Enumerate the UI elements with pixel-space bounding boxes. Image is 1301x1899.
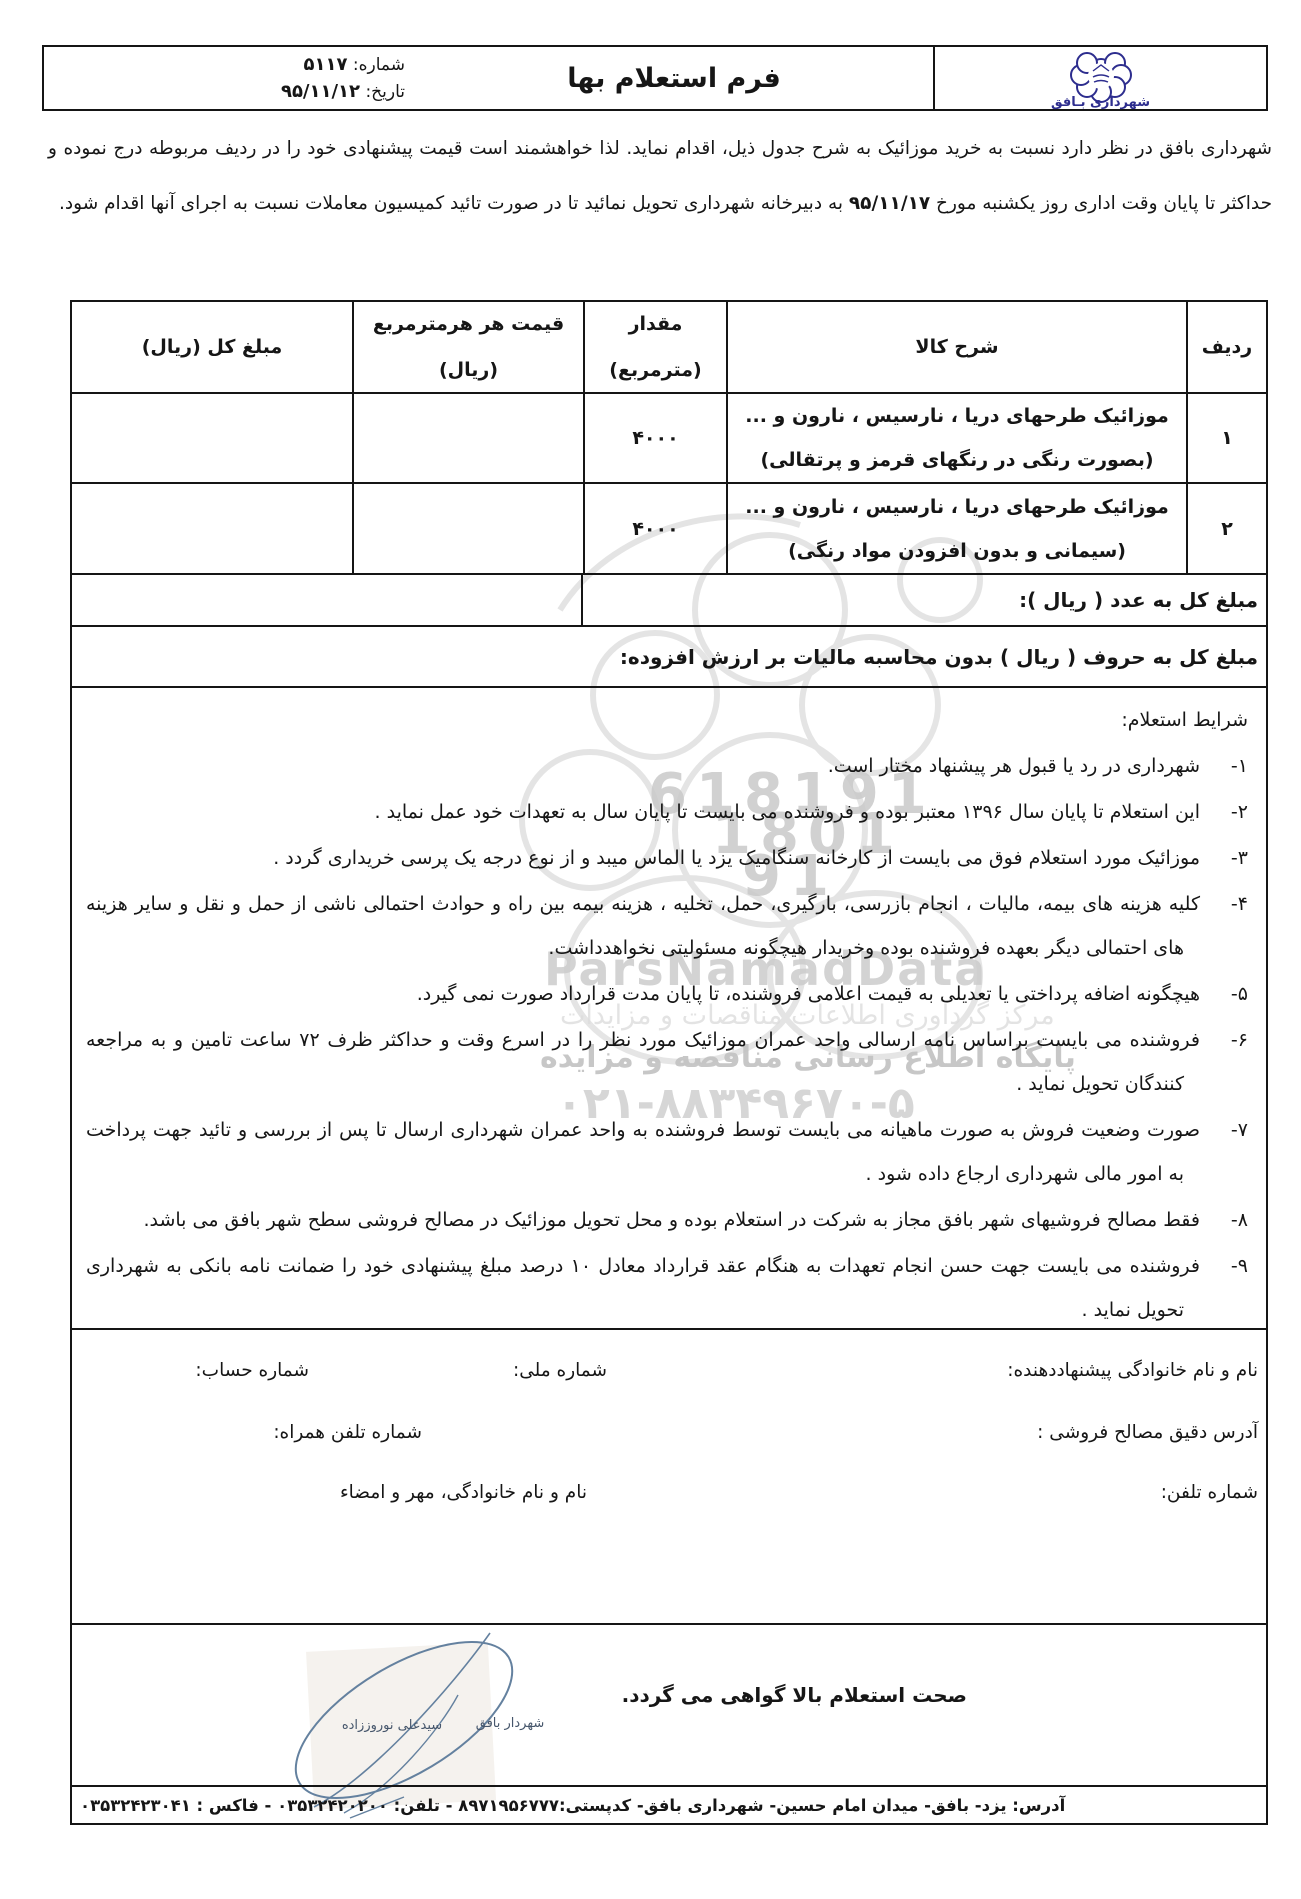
total-numeric-label: مبلغ کل به عدد ( ریال ): (1019, 588, 1258, 612)
form-date: تاریخ: ۹۵/۱۱/۱۲ (56, 81, 415, 102)
form-date-value: ۹۵/۱۱/۱۲ (281, 81, 360, 102)
term-number: ۶- (1214, 1018, 1248, 1062)
col-header-quantity-line2: (مترمربع) (609, 347, 701, 393)
row-number: ۲ (1186, 484, 1266, 573)
form-date-label: تاریخ: (365, 82, 405, 102)
item-description: موزائیک طرحهای دریا ، نارسیس ، نارون و .… (726, 484, 1186, 573)
header-table: شهرداری بـافق فرم استعلام بها شماره: ۵۱۱… (42, 45, 1268, 111)
col-header-description: شرح کالا (726, 302, 1186, 392)
field-phone-number: شماره تلفن: (1161, 1482, 1258, 1503)
footer-address-bar: آدرس: یزد- بافق- میدان امام حسین- شهردار… (70, 1785, 1268, 1825)
col-header-row-number: ردیف (1186, 302, 1266, 392)
terms-title: شرایط استعلام: (86, 698, 1248, 742)
term-number: ۹- (1214, 1244, 1248, 1288)
term-number: ۳- (1214, 836, 1248, 880)
term-text: این استعلام تا پایان سال ۱۳۹۶ معتبر بوده… (375, 801, 1200, 823)
term-item: ۴-کلیه هزینه های بیمه، مالیات ، انجام با… (86, 882, 1248, 970)
table-row: ۲ موزائیک طرحهای دریا ، نارسیس ، نارون و… (72, 484, 1266, 575)
term-item: ۶-فروشنده می بایست براساس نامه ارسالی وا… (86, 1018, 1248, 1106)
term-text: فروشنده می بایست براساس نامه ارسالی واحد… (86, 1029, 1200, 1095)
term-number: ۷- (1214, 1108, 1248, 1152)
term-item: ۹-فروشنده می بایست جهت حسن انجام تعهدات … (86, 1244, 1248, 1332)
total-words-label-cell: مبلغ کل به حروف ( ریال ) بدون محاسبه مال… (72, 627, 1266, 686)
certification-section: صحت استعلام بالا گواهی می گردد. سیدعلی ن… (70, 1623, 1268, 1787)
col-header-unit-price: قیمت هر هرمترمربع (ریال) (352, 302, 583, 392)
term-item: ۱-شهرداری در رد یا قبول هر پیشنهاد مختار… (86, 744, 1248, 788)
form-number-value: ۵۱۱۷ (304, 54, 348, 75)
terms-section: شرایط استعلام: ۱-شهرداری در رد یا قبول ه… (70, 686, 1268, 1330)
term-number: ۸- (1214, 1198, 1248, 1242)
term-text: موزائیک مورد استعلام فوق می بایست از کار… (273, 847, 1200, 869)
term-item: ۵-هیچگونه اضافه پرداختی یا تعدیلی به قیم… (86, 972, 1248, 1016)
term-text: شهرداری در رد یا قبول هر پیشنهاد مختار ا… (828, 755, 1200, 777)
col-header-total: مبلغ کل (ریال) (72, 302, 352, 392)
term-item: ۲-این استعلام تا پایان سال ۱۳۹۶ معتبر بو… (86, 790, 1248, 834)
document-page: 618191 1801 91 ParsNamadData مرکز گردآور… (0, 0, 1301, 1899)
intro-paragraph: شهرداری بافق در نظر دارد نسبت به خرید مو… (48, 121, 1272, 231)
item-description-line2: (بصورت رنگی در رنگهای قرمز و پرتقالی) (761, 438, 1154, 482)
form-title: فرم استعلام بها (415, 47, 933, 109)
item-quantity: ۴۰۰۰ (583, 394, 726, 482)
signature-title-text: شهردار بافق (476, 1716, 545, 1731)
municipality-logo-caption: شهرداری بـافق (1051, 95, 1150, 110)
term-number: ۴- (1214, 882, 1248, 926)
item-description-line2: (سیمانی و بدون افزودن مواد رنگی) (788, 529, 1126, 573)
total-numeric-label-cell: مبلغ کل به عدد ( ریال ): (581, 575, 1266, 625)
field-mobile-number: شماره تلفن همراه: (273, 1422, 422, 1443)
items-table-header-row: ردیف شرح کالا مقدار (مترمربع) قیمت هر هر… (72, 302, 1266, 394)
term-number: ۲- (1214, 790, 1248, 834)
term-text: هیچگونه اضافه پرداختی یا تعدیلی به قیمت … (417, 983, 1200, 1005)
term-item: ۸-فقط مصالح فروشیهای شهر بافق مجاز به شر… (86, 1198, 1248, 1242)
term-text: فقط مصالح فروشیهای شهر بافق مجاز به شرکت… (143, 1209, 1200, 1231)
items-table: ردیف شرح کالا مقدار (مترمربع) قیمت هر هر… (70, 300, 1268, 688)
municipality-logo: شهرداری بـافق (933, 47, 1266, 109)
intro-part2: به دبیرخانه شهرداری تحویل نمائید تا در ص… (59, 193, 849, 214)
col-header-unit-price-line2: (ریال) (439, 347, 498, 393)
term-number: ۱- (1214, 744, 1248, 788)
field-account-number: شماره حساب: (195, 1360, 309, 1381)
total-numeric-row: مبلغ کل به عدد ( ریال ): (72, 575, 1266, 627)
footer-address-text: آدرس: یزد- بافق- میدان امام حسین- شهردار… (80, 1796, 1065, 1815)
header-meta: شماره: ۵۱۱۷ تاریخ: ۹۵/۱۱/۱۲ (44, 47, 415, 109)
item-unit-price-cell (352, 394, 583, 482)
item-unit-price-cell (352, 484, 583, 573)
form-number-label: شماره: (353, 55, 405, 75)
certification-text: صحت استعلام بالا گواهی می گردد. (622, 1683, 967, 1707)
table-row: ۱ موزائیک طرحهای دریا ، نارسیس ، نارون و… (72, 394, 1266, 484)
signature-name-text: سیدعلی نوروززاده (342, 1718, 442, 1733)
field-national-id: شماره ملی: (513, 1360, 607, 1381)
bidder-fields-section: نام و نام خانوادگی پیشنهاددهنده: شماره م… (70, 1328, 1268, 1625)
item-description-line1: موزائیک طرحهای دریا ، نارسیس ، نارون و .… (745, 394, 1168, 438)
field-proposer-name: نام و نام خانوادگی پیشنهاددهنده: (1007, 1360, 1258, 1381)
field-store-address: آدرس دقیق مصالح فروشی : (1037, 1422, 1258, 1443)
form-number: شماره: ۵۱۱۷ (56, 54, 415, 75)
term-text: صورت وضعیت فروش به صورت ماهیانه می بایست… (86, 1119, 1200, 1185)
intro-deadline-date: ۹۵/۱۱/۱۷ (849, 193, 930, 214)
total-numeric-value-cell (72, 575, 581, 625)
item-total-cell (72, 484, 352, 573)
term-item: ۷-صورت وضعیت فروش به صورت ماهیانه می بای… (86, 1108, 1248, 1196)
term-item: ۳-موزائیک مورد استعلام فوق می بایست از ک… (86, 836, 1248, 880)
row-number: ۱ (1186, 394, 1266, 482)
item-description-line1: موزائیک طرحهای دریا ، نارسیس ، نارون و .… (745, 485, 1168, 529)
col-header-quantity: مقدار (مترمربع) (583, 302, 726, 392)
col-header-unit-price-line1: قیمت هر هرمترمربع (373, 301, 564, 347)
total-words-label: مبلغ کل به حروف ( ریال ) بدون محاسبه مال… (620, 645, 1258, 669)
total-words-row: مبلغ کل به حروف ( ریال ) بدون محاسبه مال… (72, 627, 1266, 686)
field-name-stamp-signature: نام و نام خانوادگی، مهر و امضاء (340, 1482, 587, 1503)
item-total-cell (72, 394, 352, 482)
term-text: کلیه هزینه های بیمه، مالیات ، انجام بازر… (86, 893, 1200, 959)
item-quantity: ۴۰۰۰ (583, 484, 726, 573)
col-header-quantity-line1: مقدار (629, 301, 683, 347)
term-number: ۵- (1214, 972, 1248, 1016)
term-text: فروشنده می بایست جهت حسن انجام تعهدات به… (86, 1255, 1200, 1321)
item-description: موزائیک طرحهای دریا ، نارسیس ، نارون و .… (726, 394, 1186, 482)
